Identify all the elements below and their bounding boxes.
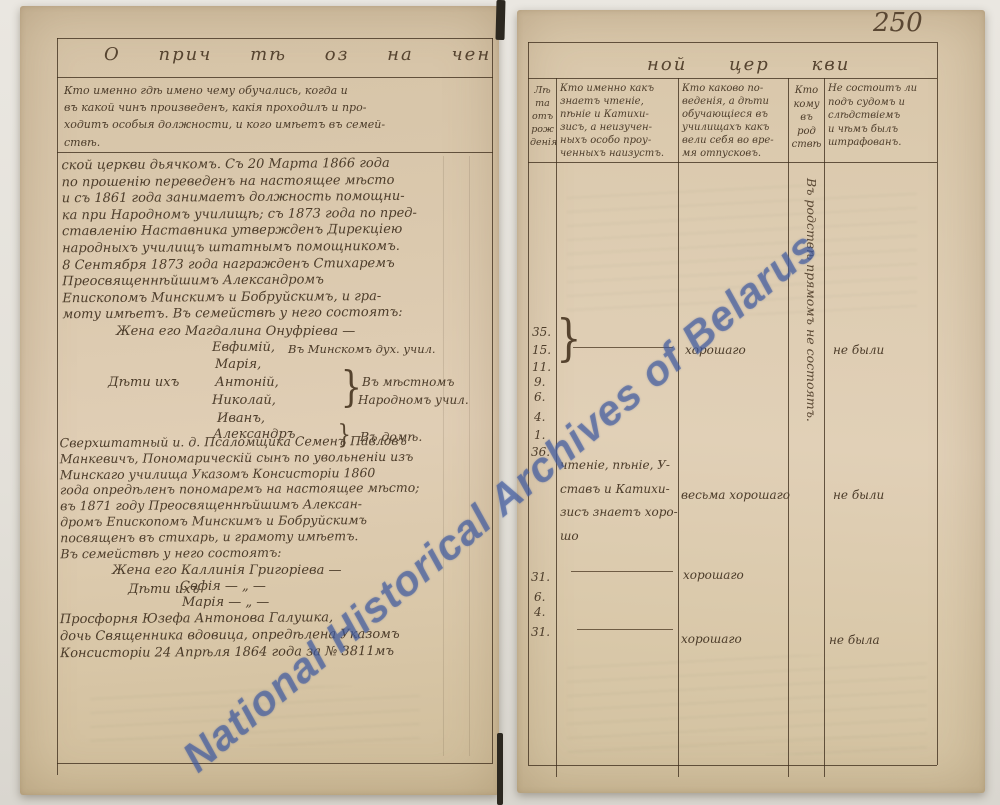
family2-child: Марія — „ — <box>182 595 269 610</box>
age-value: 15. <box>532 343 551 357</box>
left-column-header: Кто именно гдѣ имено чему обучались, ког… <box>64 82 385 151</box>
text-line: пѣніе и Катихи- <box>560 108 677 121</box>
family1-child: Иванъ, <box>217 411 265 426</box>
family1-child-note: Въ Минскомъ дух. учил. <box>288 342 436 356</box>
text-line: рож <box>530 123 555 136</box>
text-line: народныхъ училищъ штатнымъ помощникомъ. <box>62 239 417 258</box>
family1-child: Антоній, <box>215 375 279 390</box>
age-value: 9. <box>534 375 545 389</box>
text-line: отъ <box>530 110 555 123</box>
text-line: денія <box>530 136 555 149</box>
family1-wife: Жена его Магдалина Онуфріева — <box>116 324 355 339</box>
rule-line <box>57 152 493 153</box>
text-line: моту имѣетъ. Въ семействѣ у него состоят… <box>62 305 417 324</box>
rule-line <box>57 38 493 39</box>
rule-stub <box>824 765 825 777</box>
text-line: въ какой чинъ произведенъ, какія проходи… <box>64 99 385 116</box>
rule-line <box>492 38 493 763</box>
family1-children-label: Дѣти ихъ <box>108 375 179 390</box>
age-value: 6. <box>534 590 545 604</box>
court-entry: не были <box>833 343 884 357</box>
text-line: слѣдствіемъ <box>828 109 934 123</box>
ditto-dash <box>571 571 673 572</box>
rule-stub <box>788 765 789 777</box>
text-line: обучающіеся въ <box>682 108 786 121</box>
entry-paragraph-2: Сверхштатный и. д. Псаломщика Семенъ Пав… <box>60 433 420 562</box>
family2-wife: Жена его Каллинія Григоріева — <box>112 563 342 578</box>
rule-line <box>57 77 493 78</box>
column-header-conduct: Кто каково по- веденія, а дѣти обучающіе… <box>682 82 786 160</box>
text-line: ской церкви дьячкомъ. Съ 20 Марта 1866 г… <box>61 156 416 175</box>
age-value: 4. <box>534 605 545 619</box>
rule-line <box>937 42 938 765</box>
age-group-brace: } <box>556 313 581 363</box>
column-header-reading: Кто именно какъ знаетъ чтеніе, пѣніе и К… <box>560 82 677 160</box>
rule-line <box>57 763 493 764</box>
text-line: веденія, а дѣти <box>682 95 786 108</box>
right-title-band: ной цер кви <box>647 54 850 75</box>
conduct-entry: хорошаго <box>683 568 744 582</box>
age-value: 6. <box>534 390 545 404</box>
text-line: дромъ Епископомъ Минскимъ и Бобруйскимъ <box>60 512 420 530</box>
rule-stub <box>556 765 557 777</box>
column-header-age: Лѣ та отъ рож денія <box>530 84 555 149</box>
text-line: вели себя во вре- <box>682 134 786 147</box>
text-line: Кто каково по- <box>682 82 786 95</box>
text-line: шо <box>560 525 678 549</box>
family1-group-note: Въ мѣстномъ <box>362 375 454 389</box>
text-line: та <box>530 97 555 110</box>
text-line: штрафованъ. <box>828 136 934 150</box>
family1-child: Евфимій, <box>212 340 275 355</box>
text-line: года опредѣленъ пономаремъ на настоящее … <box>60 480 420 498</box>
left-title-band: О прич тѣ оз на чен <box>104 44 491 65</box>
conduct-entry: хорошаго <box>681 632 742 646</box>
family1-group-note: Народномъ учил. <box>358 393 469 407</box>
rule-line <box>528 765 937 766</box>
text-line: ходитъ особыя должности, и кого имѣетъ в… <box>64 116 385 133</box>
bleed-rule <box>469 156 470 756</box>
text-line: Манкевичъ, Пономарическій сынъ по увольн… <box>60 449 420 467</box>
text-line: род <box>791 125 822 139</box>
age-value: 31. <box>531 570 550 584</box>
age-value: 4. <box>534 410 545 424</box>
text-line: Лѣ <box>530 84 555 97</box>
rule-stub <box>678 765 679 777</box>
text-line: кому <box>791 98 822 112</box>
book-binding <box>497 733 503 805</box>
family1-child: Марія, <box>215 357 261 372</box>
column-header-kinship: Кто кому въ род ствѣ <box>791 84 822 152</box>
text-line: Не состоитъ ли <box>828 82 934 96</box>
text-line: 8 Сентября 1873 года награжденъ Стихарем… <box>62 255 417 274</box>
text-line: мя отпусковъ. <box>682 147 786 160</box>
text-line: ствѣ. <box>64 134 385 151</box>
age-value: 11. <box>532 360 551 374</box>
text-line: подъ судомъ и <box>828 96 934 110</box>
bleed-rule <box>443 156 444 756</box>
age-value: 35. <box>532 325 551 339</box>
rule-line <box>528 78 937 79</box>
text-line: знаетъ чтеніе, <box>560 95 677 108</box>
page-number: 250 <box>873 8 923 38</box>
text-line: зисъ, а неизучен- <box>560 121 677 134</box>
ditto-dash <box>577 629 673 630</box>
age-value: 31. <box>531 625 550 639</box>
text-line: Кто <box>791 84 822 98</box>
text-line: и чѣмъ былъ <box>828 123 934 137</box>
text-line: ствѣ <box>791 138 822 152</box>
text-line: ныхъ особо проу- <box>560 134 677 147</box>
rule-line <box>528 42 937 43</box>
text-line: ченныхъ наизустъ. <box>560 147 677 160</box>
column-header-court: Не состоитъ ли подъ судомъ и слѣдствіемъ… <box>828 82 934 150</box>
court-entry: не была <box>829 633 880 647</box>
conduct-entry: весьма хорошаго <box>681 488 790 502</box>
book-binding <box>495 0 505 40</box>
text-line: въ <box>791 111 822 125</box>
text-line: Въ семействѣ у него состоятъ: <box>60 543 420 561</box>
family2-child: Софія — „ — <box>180 579 266 594</box>
rule-line <box>528 42 529 765</box>
text-line: зисъ знаетъ хоро- <box>560 501 678 525</box>
rule-line <box>57 38 58 763</box>
text-line: Кто именно гдѣ имено чему обучались, ког… <box>64 82 385 99</box>
entry-paragraph-1: ской церкви дьячкомъ. Съ 20 Марта 1866 г… <box>61 156 417 324</box>
court-entry: не были <box>833 488 884 502</box>
text-line: училищахъ какъ <box>682 121 786 134</box>
bleed-through-texture <box>567 655 927 755</box>
family1-child: Николай, <box>212 393 276 408</box>
text-line: Кто именно какъ <box>560 82 677 95</box>
rule-line <box>528 162 937 163</box>
rule-stub <box>57 763 58 775</box>
text-line: ставъ и Катихи- <box>560 478 678 502</box>
